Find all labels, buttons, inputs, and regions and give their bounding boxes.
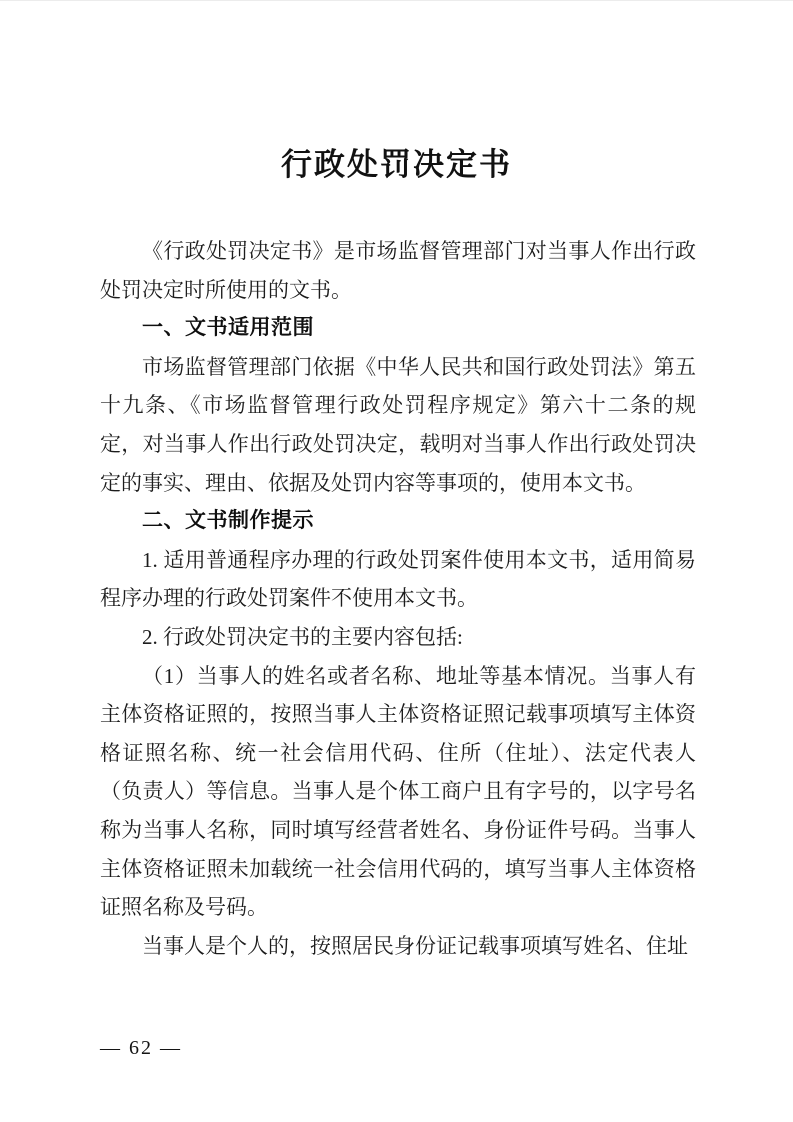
section-1-heading: 一、文书适用范围 — [100, 309, 696, 348]
section-2-item-2-sub-1: （1）当事人的姓名或者名称、地址等基本情况。当事人有主体资格证照的，按照当事人主… — [100, 657, 696, 927]
section-2-item-1: 1. 适用普通程序办理的行政处罚案件使用本文书，适用简易程序办理的行政处罚案件不… — [100, 541, 696, 618]
section-2-heading: 二、文书制作提示 — [100, 502, 696, 541]
section-2-item-2: 2. 行政处罚决定书的主要内容包括: — [100, 618, 696, 657]
section-2-item-2-sub-1-continued: 当事人是个人的，按照居民身份证记载事项填写姓名、住址 — [100, 927, 696, 966]
document-title: 行政处罚决定书 — [0, 146, 793, 183]
document-page: 行政处罚决定书 《行政处罚决定书》是市场监督管理部门对当事人作出行政处罚决定时所… — [0, 0, 793, 1122]
section-1-paragraph: 市场监督管理部门依据《中华人民共和国行政处罚法》第五十九条、《市场监督管理行政处… — [100, 348, 696, 502]
page-number: — 62 — — [100, 1037, 182, 1060]
intro-paragraph: 《行政处罚决定书》是市场监督管理部门对当事人作出行政处罚决定时所使用的文书。 — [100, 232, 696, 309]
document-body: 《行政处罚决定书》是市场监督管理部门对当事人作出行政处罚决定时所使用的文书。 一… — [100, 232, 696, 965]
